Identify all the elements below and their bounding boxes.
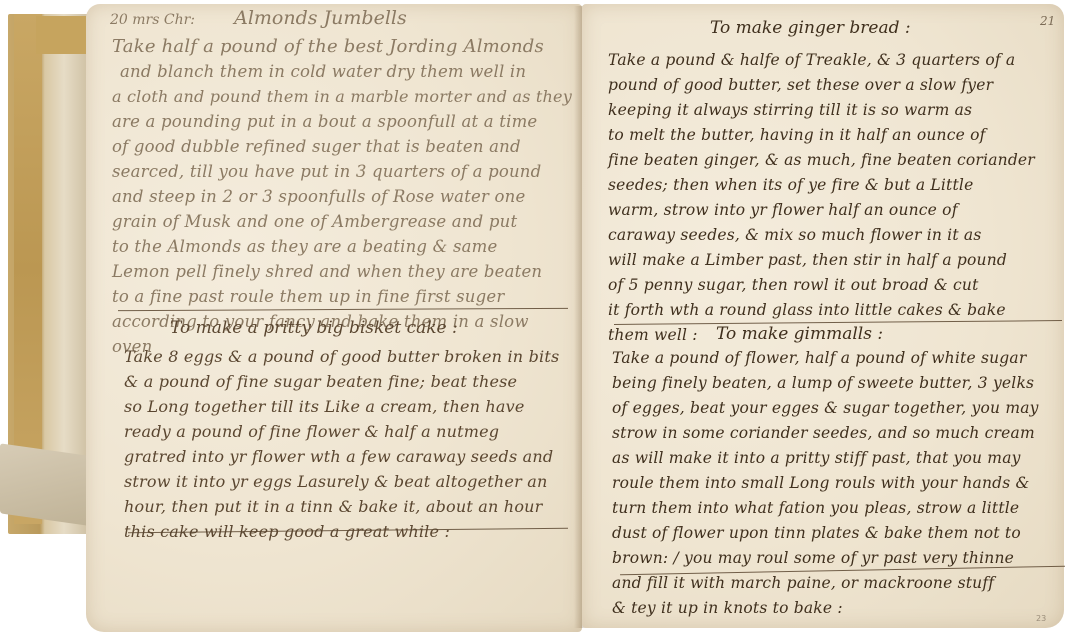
recipe-body-gimmalls: Take a pound of flower, half a pound of … [612, 346, 1072, 621]
binding-torn-flap [0, 443, 95, 526]
recipe-title-almonds-jumbells: Almonds Jumbells [234, 7, 407, 29]
recipe-line: searced, till you have put in 3 quarters… [112, 159, 582, 184]
recipe-line: Take 8 eggs & a pound of good butter bro… [124, 344, 584, 369]
recipe-title-bisket-cake: To make a pritty big bisket cake : [170, 318, 458, 338]
recipe-line: to the Almonds as they are a beating & s… [112, 234, 582, 259]
recipe-line: as will make it into a pritty stiff past… [612, 446, 1072, 471]
recipe-line: turn them into what fation you pleas, st… [612, 496, 1072, 521]
manuscript-spread: 20 mrs Chr: Almonds Jumbells Take half a… [0, 0, 1080, 639]
recipe-line: grain of Musk and one of Ambergrease and… [112, 209, 582, 234]
recipe-line: and blanch them in cold water dry them w… [112, 59, 582, 84]
recipe-line: of good dubble refined suger that is bea… [112, 134, 582, 159]
recipe-body-bisket-cake: Take 8 eggs & a pound of good butter bro… [124, 344, 584, 544]
recipe-line: hour, then put it in a tinn & bake it, a… [124, 494, 584, 519]
recipe-line: warm, strow into yr flower half an ounce… [608, 198, 1068, 223]
recipe-line: seedes; then when its of ye fire & but a… [608, 173, 1068, 198]
binding-corner-scrap [36, 16, 86, 54]
recipe-line: to melt the butter, having in it half an… [608, 123, 1068, 148]
recipe-body-ginger-bread: Take a pound & halfe of Treakle, & 3 qua… [608, 48, 1068, 348]
recipe-line: and fill it with march paine, or mackroo… [612, 571, 1072, 596]
recipe-line: strow it into yr eggs Lasurely & beat al… [124, 469, 584, 494]
recipe-title-gimmalls-wrap: To make gimmalls : [716, 322, 883, 346]
recipe-line: of egges, beat your egges & sugar togeth… [612, 396, 1072, 421]
recipe-line: gratred into yr flower wth a few caraway… [124, 444, 584, 469]
recipe-line: and steep in 2 or 3 spoonfulls of Rose w… [112, 184, 582, 209]
recipe-line: pound of good butter, set these over a s… [608, 73, 1068, 98]
recipe-line: being finely beaten, a lump of sweete bu… [612, 371, 1072, 396]
recipe-line: & a pound of fine sugar beaten fine; bea… [124, 369, 584, 394]
folio-number: 21 [1040, 14, 1055, 28]
header-note: 20 mrs Chr: [110, 12, 195, 28]
recipe-line: of 5 penny sugar, then rowl it out broad… [608, 273, 1068, 298]
recipe-title-gimmalls: To make gimmalls : [716, 324, 883, 344]
recipe-line: fine beaten ginger, & as much, fine beat… [608, 148, 1068, 173]
recipe-line: Lemon pell finely shred and when they ar… [112, 259, 582, 284]
recipe-line: keeping it always stirring till it is so… [608, 98, 1068, 123]
bottom-folio-number: 23 [1036, 614, 1046, 623]
recipe-line: Take half a pound of the best Jording Al… [112, 34, 582, 59]
recipe-line: caraway seedes, & mix so much flower in … [608, 223, 1068, 248]
recipe-line: a cloth and pound them in a marble morte… [112, 84, 582, 109]
left-page-upper-recipe: 20 mrs Chr: Almonds Jumbells [110, 6, 407, 32]
recipe-line: & tey it up in knots to bake : [612, 596, 1072, 621]
recipe-line: to a fine past roule them up in fine fir… [112, 284, 582, 309]
recipe-line: so Long together till its Like a cream, … [124, 394, 584, 419]
recipe-line: will make a Limber past, then stir in ha… [608, 248, 1068, 273]
recipe-line: dust of flower upon tinn plates & bake t… [612, 521, 1072, 546]
recipe-line: Take a pound & halfe of Treakle, & 3 qua… [608, 48, 1068, 73]
recipe-line: roule them into small Long rouls with yo… [612, 471, 1072, 496]
recipe-line: ready a pound of fine flower & half a nu… [124, 419, 584, 444]
recipe-title-ginger-bread-wrap: To make ginger bread : [710, 16, 911, 40]
recipe-line: Take a pound of flower, half a pound of … [612, 346, 1072, 371]
recipe-line: it forth wth a round glass into little c… [608, 298, 1068, 323]
recipe-title-ginger-bread: To make ginger bread : [710, 18, 911, 38]
recipe-line: strow in some coriander seedes, and so m… [612, 421, 1072, 446]
recipe-title-bisket-cake-wrap: To make a pritty big bisket cake : [170, 316, 458, 340]
recipe-line: are a pounding put in a bout a spoonfull… [112, 109, 582, 134]
